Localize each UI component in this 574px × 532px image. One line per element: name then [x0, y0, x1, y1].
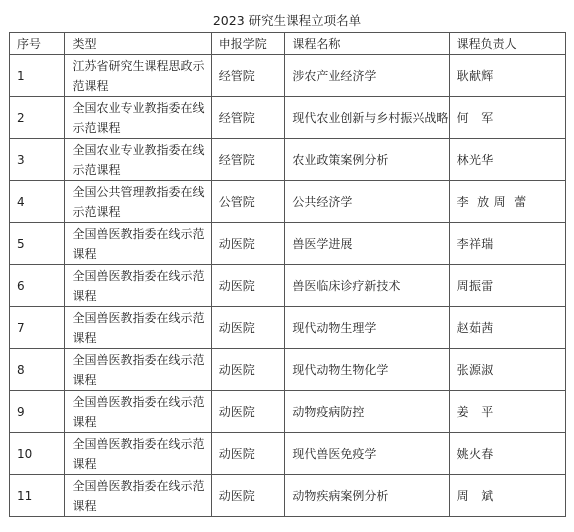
cell-leader: 赵茹茜 — [449, 307, 565, 349]
cell-type: 全国兽医教指委在线示范课程 — [65, 307, 211, 349]
table-header-row: 序号 类型 申报学院 课程名称 课程负责人 — [10, 33, 566, 55]
cell-course: 兽医学进展 — [285, 223, 449, 265]
cell-college: 动医院 — [211, 475, 285, 517]
cell-course: 动物疾病案例分析 — [285, 475, 449, 517]
cell-no: 6 — [10, 265, 65, 307]
cell-course: 现代农业创新与乡村振兴战略 — [285, 97, 449, 139]
cell-leader: 周振雷 — [449, 265, 565, 307]
cell-leader: 何 军 — [449, 97, 565, 139]
cell-leader: 周 斌 — [449, 475, 565, 517]
header-no: 序号 — [10, 33, 65, 55]
table-row: 5 全国兽医教指委在线示范课程 动医院 兽医学进展 李祥瑞 — [10, 223, 566, 265]
cell-course: 现代兽医免疫学 — [285, 433, 449, 475]
cell-course: 动物疫病防控 — [285, 391, 449, 433]
cell-leader: 李祥瑞 — [449, 223, 565, 265]
cell-type: 全国公共管理教指委在线示范课程 — [65, 181, 211, 223]
cell-course: 涉农产业经济学 — [285, 55, 449, 97]
table-row: 3 全国农业专业教指委在线示范课程 经管院 农业政策案例分析 林光华 — [10, 139, 566, 181]
header-leader: 课程负责人 — [449, 33, 565, 55]
cell-no: 8 — [10, 349, 65, 391]
cell-college: 经管院 — [211, 55, 285, 97]
cell-no: 7 — [10, 307, 65, 349]
cell-course: 农业政策案例分析 — [285, 139, 449, 181]
table-row: 9 全国兽医教指委在线示范课程 动医院 动物疫病防控 姜 平 — [10, 391, 566, 433]
cell-college: 动医院 — [211, 433, 285, 475]
table-row: 6 全国兽医教指委在线示范课程 动医院 兽医临床诊疗新技术 周振雷 — [10, 265, 566, 307]
document-title: 2023 研究生课程立项名单 — [0, 11, 574, 29]
cell-college: 动医院 — [211, 223, 285, 265]
cell-type: 全国兽医教指委在线示范课程 — [65, 349, 211, 391]
cell-college: 动医院 — [211, 349, 285, 391]
cell-no: 5 — [10, 223, 65, 265]
table-row: 8 全国兽医教指委在线示范课程 动医院 现代动物生物化学 张源淑 — [10, 349, 566, 391]
cell-type: 全国农业专业教指委在线示范课程 — [65, 97, 211, 139]
cell-type: 全国兽医教指委在线示范课程 — [65, 433, 211, 475]
cell-type: 全国兽医教指委在线示范课程 — [65, 475, 211, 517]
cell-type: 江苏省研究生课程思政示范课程 — [65, 55, 211, 97]
table-row: 4 全国公共管理教指委在线示范课程 公管院 公共经济学 李 放 周 蕾 — [10, 181, 566, 223]
cell-no: 3 — [10, 139, 65, 181]
course-list-table: 序号 类型 申报学院 课程名称 课程负责人 1 江苏省研究生课程思政示范课程 经… — [9, 32, 566, 517]
cell-type: 全国农业专业教指委在线示范课程 — [65, 139, 211, 181]
cell-course: 兽医临床诊疗新技术 — [285, 265, 449, 307]
cell-college: 经管院 — [211, 97, 285, 139]
cell-course: 现代动物生物化学 — [285, 349, 449, 391]
cell-college: 经管院 — [211, 139, 285, 181]
cell-no: 11 — [10, 475, 65, 517]
cell-course: 现代动物生理学 — [285, 307, 449, 349]
cell-college: 动医院 — [211, 391, 285, 433]
cell-no: 9 — [10, 391, 65, 433]
cell-leader: 张源淑 — [449, 349, 565, 391]
table-row: 7 全国兽医教指委在线示范课程 动医院 现代动物生理学 赵茹茜 — [10, 307, 566, 349]
table-row: 1 江苏省研究生课程思政示范课程 经管院 涉农产业经济学 耿献辉 — [10, 55, 566, 97]
cell-type: 全国兽医教指委在线示范课程 — [65, 265, 211, 307]
cell-type: 全国兽医教指委在线示范课程 — [65, 223, 211, 265]
cell-no: 10 — [10, 433, 65, 475]
cell-college: 动医院 — [211, 307, 285, 349]
cell-type: 全国兽医教指委在线示范课程 — [65, 391, 211, 433]
header-college: 申报学院 — [211, 33, 285, 55]
cell-no: 1 — [10, 55, 65, 97]
cell-no: 4 — [10, 181, 65, 223]
cell-course: 公共经济学 — [285, 181, 449, 223]
header-course: 课程名称 — [285, 33, 449, 55]
table-row: 11 全国兽医教指委在线示范课程 动医院 动物疾病案例分析 周 斌 — [10, 475, 566, 517]
cell-leader: 李 放 周 蕾 — [449, 181, 565, 223]
cell-college: 动医院 — [211, 265, 285, 307]
cell-leader: 耿献辉 — [449, 55, 565, 97]
cell-leader: 姚火春 — [449, 433, 565, 475]
table-row: 2 全国农业专业教指委在线示范课程 经管院 现代农业创新与乡村振兴战略 何 军 — [10, 97, 566, 139]
cell-leader: 林光华 — [449, 139, 565, 181]
cell-college: 公管院 — [211, 181, 285, 223]
cell-no: 2 — [10, 97, 65, 139]
cell-leader: 姜 平 — [449, 391, 565, 433]
table-row: 10 全国兽医教指委在线示范课程 动医院 现代兽医免疫学 姚火春 — [10, 433, 566, 475]
header-type: 类型 — [65, 33, 211, 55]
